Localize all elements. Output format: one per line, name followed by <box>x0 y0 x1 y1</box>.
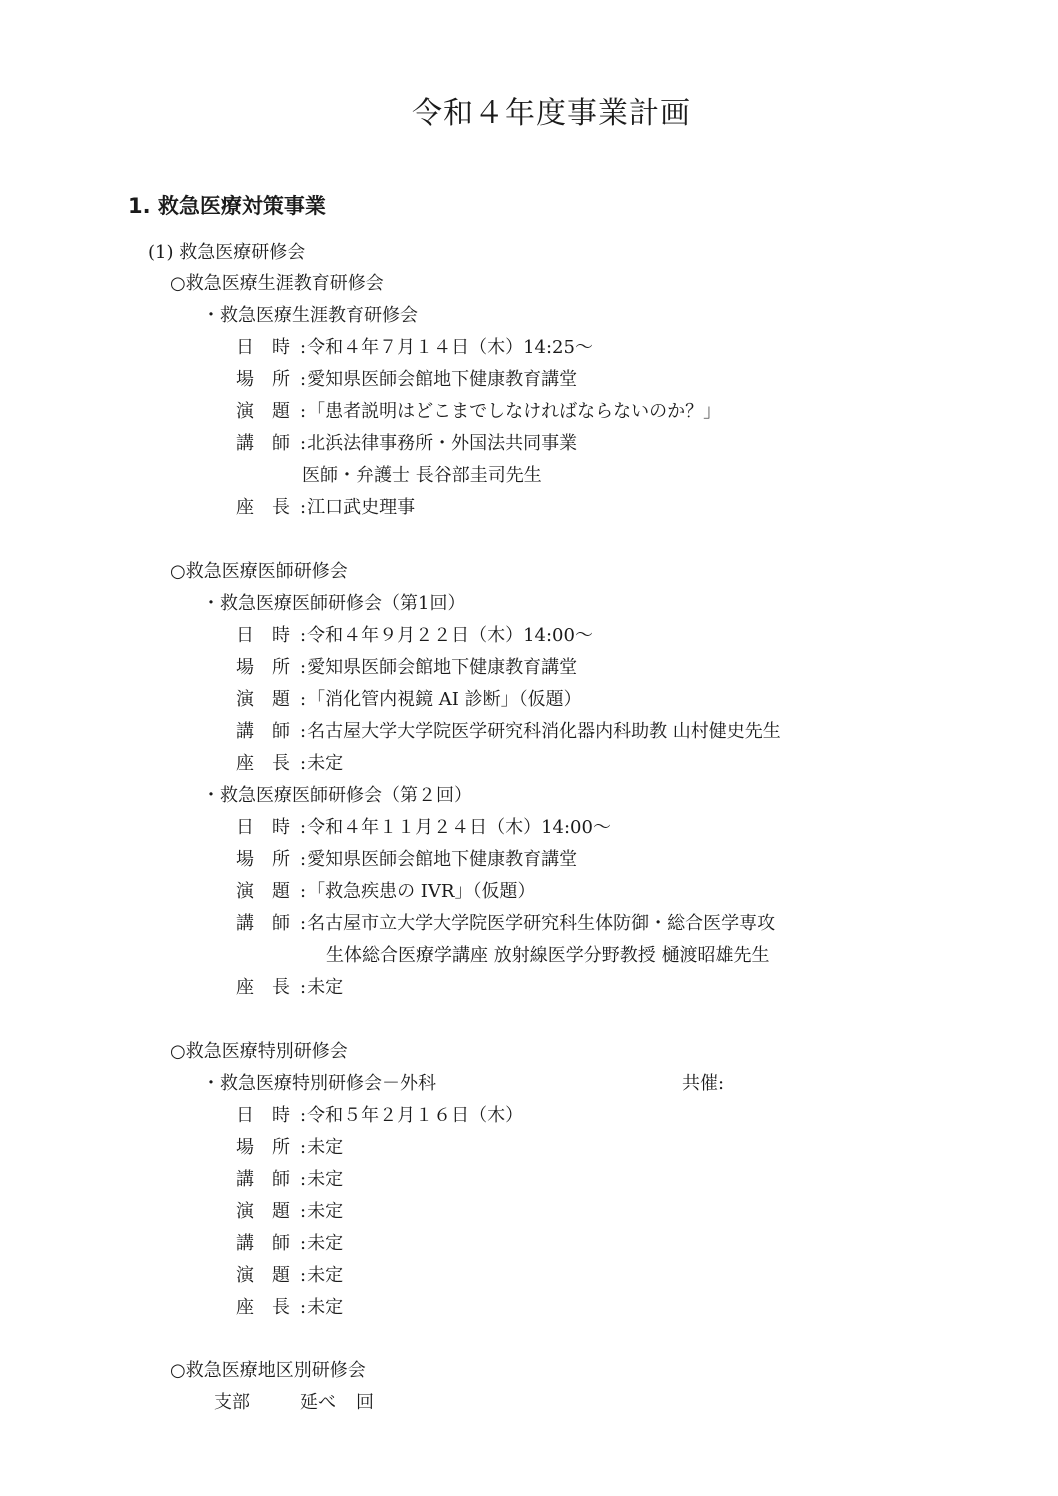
detail-row: 場 所:愛知県医師会館地下健康教育講堂 <box>236 657 577 679</box>
row-value: 令和５年２月１６日（木） <box>307 1105 523 1126</box>
row-label: 場 所 <box>236 1137 300 1159</box>
row-value: 愛知県医師会館地下健康教育講堂 <box>307 849 577 870</box>
row-label: 日 時 <box>236 625 300 647</box>
detail-row: 演 題:未定 <box>236 1265 343 1287</box>
colon: : <box>300 913 306 934</box>
detail-row: 演 題:「患者説明はどこまでしなければならないのか？」 <box>236 401 721 423</box>
row-value: 未定 <box>307 1265 343 1286</box>
row-label: 演 題 <box>236 401 300 423</box>
row-label: 場 所 <box>236 849 300 871</box>
row-value-continuation: 生体総合医療学講座 放射線医学分野教授 樋渡昭雄先生 <box>326 945 769 967</box>
colon: : <box>300 337 306 358</box>
colon: : <box>300 817 306 838</box>
row-label: 座 長 <box>236 753 300 775</box>
colon: : <box>300 401 306 422</box>
colon: : <box>300 881 306 902</box>
row-value: 未定 <box>307 1169 343 1190</box>
row-label: 演 題 <box>236 689 300 711</box>
row-label: 講 師 <box>236 1169 300 1191</box>
row-label: 日 時 <box>236 1105 300 1127</box>
detail-row: 座 長:未定 <box>236 1297 343 1319</box>
row-label: 座 長 <box>236 497 300 519</box>
colon: : <box>300 849 306 870</box>
row-label: 場 所 <box>236 369 300 391</box>
row-label: 日 時 <box>236 337 300 359</box>
row-label: 日 時 <box>236 817 300 839</box>
colon: : <box>300 689 306 710</box>
row-value: 未定 <box>307 1137 343 1158</box>
detail-row: 講 師:北浜法律事務所・外国法共同事業 <box>236 433 577 455</box>
detail-row: 演 題:「救急疾患の IVR」（仮題） <box>236 881 535 903</box>
colon: : <box>300 1265 306 1286</box>
cohost-label: 共催: <box>682 1073 724 1095</box>
section-heading: 1. 救急医療対策事業 <box>128 190 326 220</box>
row-label: 座 長 <box>236 1297 300 1319</box>
colon: : <box>300 1233 306 1254</box>
detail-row: 講 師:未定 <box>236 1169 343 1191</box>
detail-row: 場 所:愛知県医師会館地下健康教育講堂 <box>236 849 577 871</box>
row-value: 令和４年９月２２日（木）14:00～ <box>307 625 593 646</box>
row-value: 未定 <box>307 977 343 998</box>
row-value: 北浜法律事務所・外国法共同事業 <box>307 433 577 454</box>
row-label: 講 師 <box>236 1233 300 1255</box>
detail-row: 講 師:名古屋市立大学大学院医学研究科生体防御・総合医学専攻 <box>236 913 775 935</box>
colon: : <box>300 721 306 742</box>
row-label: 演 題 <box>236 1265 300 1287</box>
detail-row: 座 長:未定 <box>236 977 343 999</box>
row-value: 「消化管内視鏡 AI 診断」（仮題） <box>307 689 582 710</box>
row-label: 座 長 <box>236 977 300 999</box>
row-value: 令和４年７月１４日（木）14:25～ <box>307 337 593 358</box>
footer-branch: 支部 <box>214 1392 250 1414</box>
detail-row: 講 師:未定 <box>236 1233 343 1255</box>
row-value: 江口武史理事 <box>307 497 415 518</box>
row-value: 「患者説明はどこまでしなければならないのか？」 <box>307 401 721 422</box>
group-heading: ○救急医療地区別研修会 <box>170 1360 366 1382</box>
event-name: ・救急医療生涯教育研修会 <box>202 305 418 327</box>
event-name: ・救急医療医師研修会（第1回） <box>202 593 465 615</box>
colon: : <box>300 433 306 454</box>
event-name: ・救急医療医師研修会（第２回） <box>202 785 472 807</box>
colon: : <box>300 1169 306 1190</box>
group-heading: ○救急医療特別研修会 <box>170 1041 348 1063</box>
subsection-heading: (1) 救急医療研修会 <box>148 242 305 264</box>
detail-row: 日 時:令和４年７月１４日（木）14:25～ <box>236 337 593 359</box>
row-value: 「救急疾患の IVR」（仮題） <box>307 881 535 902</box>
row-label: 講 師 <box>236 913 300 935</box>
row-value: 愛知県医師会館地下健康教育講堂 <box>307 657 577 678</box>
colon: : <box>300 657 306 678</box>
colon: : <box>300 369 306 390</box>
row-label: 講 師 <box>236 433 300 455</box>
row-value: 名古屋市立大学大学院医学研究科生体防御・総合医学専攻 <box>307 913 775 934</box>
row-value: 令和４年１１月２４日（木）14:00～ <box>307 817 611 838</box>
row-value: 未定 <box>307 1201 343 1222</box>
group-heading: ○救急医療生涯教育研修会 <box>170 273 384 295</box>
event-name: ・救急医療特別研修会－外科 <box>202 1073 436 1095</box>
colon: : <box>300 1137 306 1158</box>
detail-row: 座 長:江口武史理事 <box>236 497 415 519</box>
row-label: 演 題 <box>236 1201 300 1223</box>
row-value: 未定 <box>307 753 343 774</box>
detail-row: 日 時:令和４年１１月２４日（木）14:00～ <box>236 817 611 839</box>
row-value: 未定 <box>307 1297 343 1318</box>
row-label: 講 師 <box>236 721 300 743</box>
colon: : <box>300 1297 306 1318</box>
colon: : <box>300 753 306 774</box>
row-value: 愛知県医師会館地下健康教育講堂 <box>307 369 577 390</box>
row-value: 未定 <box>307 1233 343 1254</box>
footer-count-unit: 回 <box>356 1392 374 1414</box>
detail-row: 演 題:「消化管内視鏡 AI 診断」（仮題） <box>236 689 582 711</box>
row-value-continuation: 医師・弁護士 長谷部圭司先生 <box>302 465 542 487</box>
colon: : <box>300 977 306 998</box>
detail-row: 場 所:愛知県医師会館地下健康教育講堂 <box>236 369 577 391</box>
detail-row: 場 所:未定 <box>236 1137 343 1159</box>
detail-row: 日 時:令和５年２月１６日（木） <box>236 1105 523 1127</box>
group-heading: ○救急医療医師研修会 <box>170 561 348 583</box>
detail-row: 講 師:名古屋大学大学院医学研究科消化器内科助教 山村健史先生 <box>236 721 781 743</box>
document-title: 令和４年度事業計画 <box>412 88 691 132</box>
colon: : <box>300 497 306 518</box>
colon: : <box>300 1105 306 1126</box>
colon: : <box>300 1201 306 1222</box>
footer-total: 延べ <box>300 1392 336 1414</box>
row-label: 場 所 <box>236 657 300 679</box>
detail-row: 座 長:未定 <box>236 753 343 775</box>
detail-row: 日 時:令和４年９月２２日（木）14:00～ <box>236 625 593 647</box>
colon: : <box>300 625 306 646</box>
row-value: 名古屋大学大学院医学研究科消化器内科助教 山村健史先生 <box>307 721 781 742</box>
row-label: 演 題 <box>236 881 300 903</box>
detail-row: 演 題:未定 <box>236 1201 343 1223</box>
